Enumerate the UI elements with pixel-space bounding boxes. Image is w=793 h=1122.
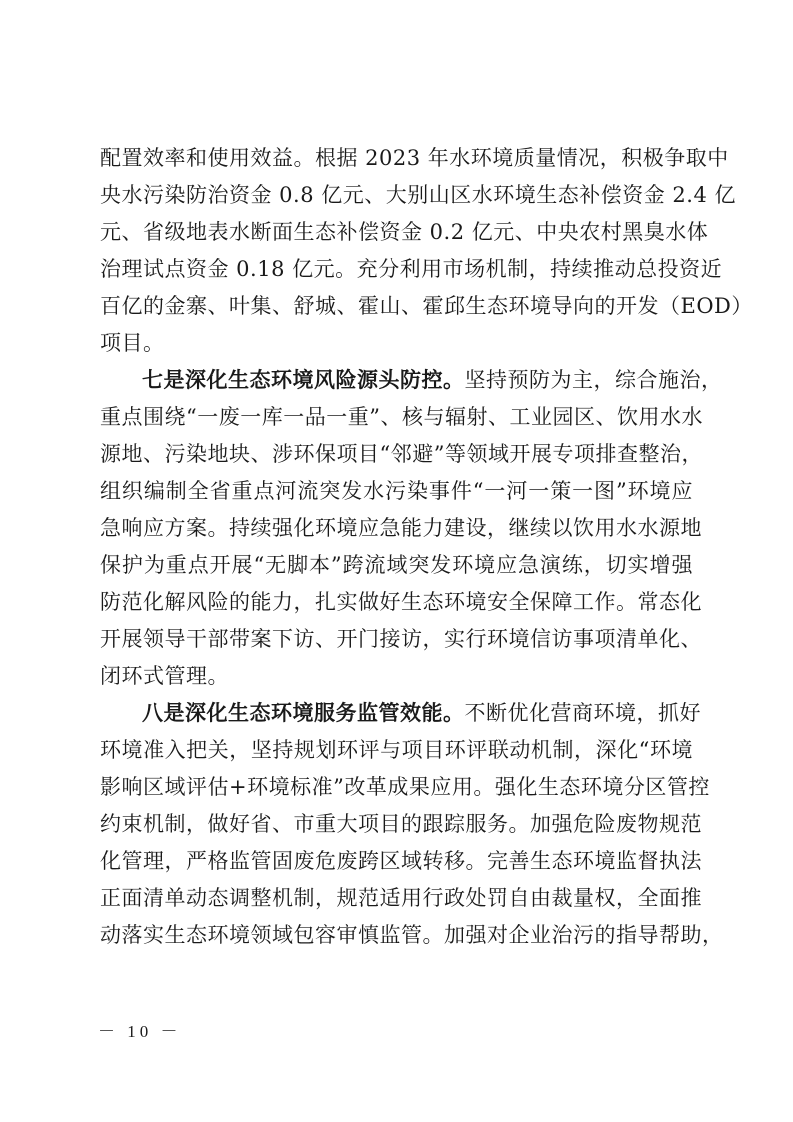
- page-number: － 10 －: [98, 1017, 182, 1042]
- text-line: 开展领导干部带案下访、开门接访，实行环境信访事项清单化、: [100, 621, 693, 658]
- text-line: 组织编制全省重点河流突发水污染事件“一河一策一图”环境应: [100, 473, 693, 510]
- section-heading-eight: 八是深化生态环境服务监管效能。: [142, 701, 465, 725]
- text-line: 源地、污染地块、涉环保项目“邻避”等领域开展专项排查整治，: [100, 436, 693, 473]
- text-line: 元、省级地表水断面生态补偿资金 0.2 亿元、中央农村黑臭水体: [100, 214, 693, 251]
- document-body: 配置效率和使用效益。根据 2023 年水环境质量情况，积极争取中 央水污染防治资…: [100, 140, 693, 954]
- document-page: 配置效率和使用效益。根据 2023 年水环境质量情况，积极争取中 央水污染防治资…: [0, 0, 793, 1122]
- paragraph-service-supervision: 八是深化生态环境服务监管效能。不断优化营商环境，抓好 环境准入把关，坚持规划环评…: [100, 695, 693, 954]
- text-line: 动落实生态环境领域包容审慎监管。加强对企业治污的指导帮助，: [100, 917, 693, 954]
- text-line: 急响应方案。持续强化环境应急能力建设，继续以饮用水水源地: [100, 510, 693, 547]
- section-heading-seven: 七是深化生态环境风险源头防控。: [142, 368, 465, 392]
- text-line: 闭环式管理。: [100, 658, 693, 695]
- text-line: 项目。: [100, 325, 693, 362]
- text-line-with-heading: 七是深化生态环境风险源头防控。坚持预防为主，综合施治，: [100, 362, 693, 399]
- text-span: 坚持预防为主，综合施治，: [465, 368, 723, 392]
- text-line: 治理试点资金 0.18 亿元。充分利用市场机制，持续推动总投资近: [100, 251, 693, 288]
- text-line: 环境准入把关，坚持规划环评与项目环评联动机制，深化“环境: [100, 732, 693, 769]
- text-line: 央水污染防治资金 0.8 亿元、大别山区水环境生态补偿资金 2.4 亿: [100, 177, 693, 214]
- text-line: 正面清单动态调整机制，规范适用行政处罚自由裁量权，全面推: [100, 880, 693, 917]
- text-line: 影响区域评估+环境标准”改革成果应用。强化生态环境分区管控: [100, 769, 693, 806]
- text-span: 不断优化营商环境，抓好: [465, 701, 702, 725]
- text-line: 配置效率和使用效益。根据 2023 年水环境质量情况，积极争取中: [100, 140, 693, 177]
- paragraph-risk-control: 七是深化生态环境风险源头防控。坚持预防为主，综合施治， 重点围绕“一废一库一品一…: [100, 362, 693, 695]
- text-line: 重点围绕“一废一库一品一重”、核与辐射、工业园区、饮用水水: [100, 399, 693, 436]
- text-line: 百亿的金寨、叶集、舒城、霍山、霍邱生态环境导向的开发（EOD）: [100, 288, 693, 325]
- text-line: 约束机制，做好省、市重大项目的跟踪服务。加强危险废物规范: [100, 806, 693, 843]
- paragraph-funding: 配置效率和使用效益。根据 2023 年水环境质量情况，积极争取中 央水污染防治资…: [100, 140, 693, 362]
- text-line: 防范化解风险的能力，扎实做好生态环境安全保障工作。常态化: [100, 584, 693, 621]
- text-line: 化管理，严格监管固废危废跨区域转移。完善生态环境监督执法: [100, 843, 693, 880]
- text-line-with-heading: 八是深化生态环境服务监管效能。不断优化营商环境，抓好: [100, 695, 693, 732]
- text-line: 保护为重点开展“无脚本”跨流域突发环境应急演练，切实增强: [100, 547, 693, 584]
